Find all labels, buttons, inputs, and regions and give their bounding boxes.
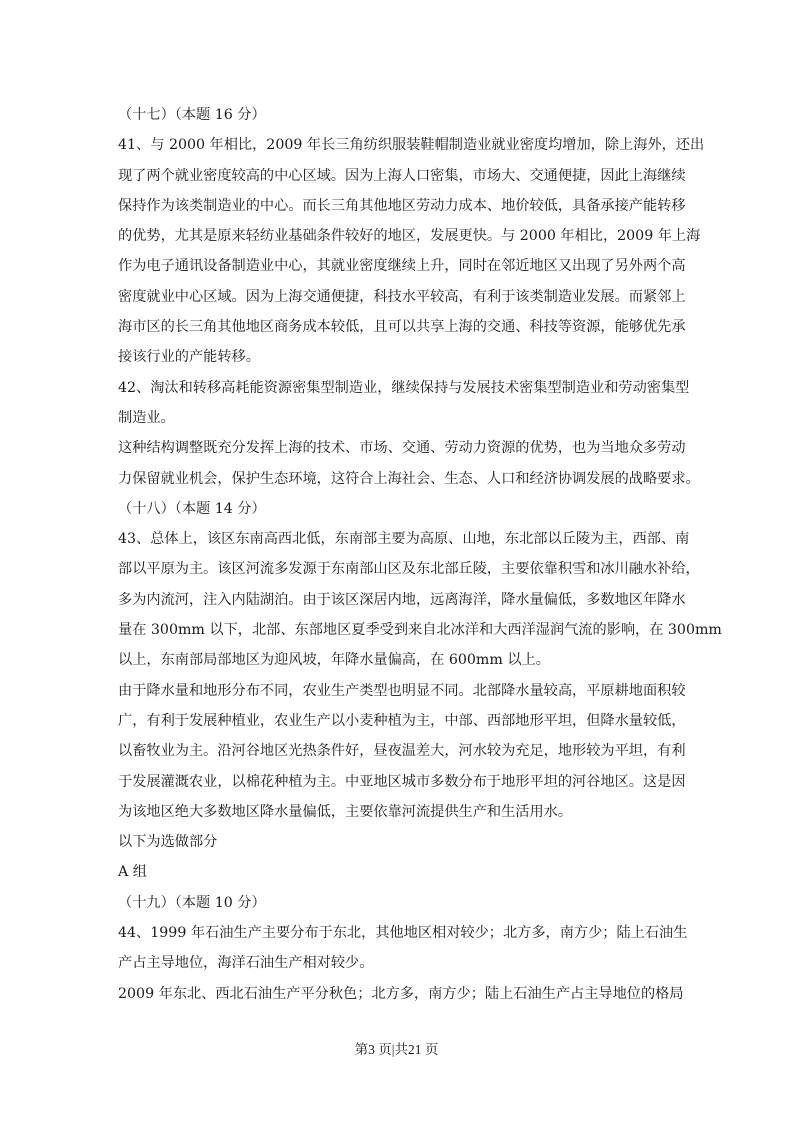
optional-section-label: 以下为选做部分 xyxy=(118,827,678,857)
text-line: 力保留就业机会，保护生态环境，这符合上海社会、生态、人口和经济协调发展的战略要求… xyxy=(118,464,678,494)
answer-44-2009: 2009 年东北、西北石油生产平分秋色；北方多，南方少；陆上石油生产占主导地位的… xyxy=(118,979,678,1009)
answer-42-explanation: 这种结构调整既充分发挥上海的技术、市场、交通、劳动力资源的优势，也为当地众多劳动… xyxy=(118,433,678,494)
text-line: 密度就业中心区域。因为上海交通便捷，科技水平较高，有利于该类制造业发展。而紧邻上 xyxy=(118,282,678,312)
text-line: 于发展灌溉农业，以棉花种植为主。中亚地区城市多数分布于地形平坦的河谷地区。这是因 xyxy=(118,767,678,797)
answer-42: 42、淘汰和转移高耗能资源密集型制造业，继续保持与发展技术密集型制造业和劳动密集… xyxy=(118,373,678,434)
section-heading-17: （十七）（本题 16 分） xyxy=(118,100,678,130)
text-line: 广，有利于发展种植业，农业生产以小麦种植为主，中部、西部地形平坦，但降水量较低， xyxy=(118,706,678,736)
text-line: 43、总体上，该区东南高西北低，东南部主要为高原、山地，东北部以丘陵为主，西部、… xyxy=(118,524,678,554)
text-line: 这种结构调整既充分发挥上海的技术、市场、交通、劳动力资源的优势，也为当地众多劳动 xyxy=(118,433,678,463)
answer-44: 44、1999 年石油生产主要分布于东北，其他地区相对较少；北方多，南方少；陆上… xyxy=(118,918,678,979)
text-line: 以畜牧业为主。沿河谷地区光热条件好，昼夜温差大，河水较为充足，地形较为平坦，有利 xyxy=(118,736,678,766)
text-line: 由于降水量和地形分布不同，农业生产类型也明显不同。北部降水量较高，平原耕地面积较 xyxy=(118,676,678,706)
text-line: 海市区的长三角其他地区商务成本较低，且可以共享上海的交通、科技等资源，能够优先承 xyxy=(118,312,678,342)
text-line: 的优势，尤其是原来轻纺业基础条件较好的地区，发展更快。与 2000 年相比，20… xyxy=(118,221,678,251)
text-line: 44、1999 年石油生产主要分布于东北，其他地区相对较少；北方多，南方少；陆上… xyxy=(118,918,678,948)
text-line: 保持作为该类制造业的中心。而长三角其他地区劳动力成本、地价较低，具备承接产能转移 xyxy=(118,191,678,221)
answer-41: 41、与 2000 年相比，2009 年长三角纺织服装鞋帽制造业就业密度均增加，… xyxy=(118,130,678,372)
section-heading-18: （十八）（本题 14 分） xyxy=(118,494,678,524)
text-line: 作为电子通讯设备制造业中心，其就业密度继续上升，同时在邻近地区又出现了另外两个高 xyxy=(118,251,678,281)
group-a-label: A 组 xyxy=(118,857,678,887)
section-heading-19: （十九）（本题 10 分） xyxy=(118,888,678,918)
text-line: 产占主导地位，海洋石油生产相对较少。 xyxy=(118,948,678,978)
document-page: （十七）（本题 16 分） 41、与 2000 年相比，2009 年长三角纺织服… xyxy=(118,100,678,1009)
page-footer: 第3 页|共21 页 xyxy=(0,1038,793,1058)
text-line: 41、与 2000 年相比，2009 年长三角纺织服装鞋帽制造业就业密度均增加，… xyxy=(118,130,678,160)
text-line: 接该行业的产能转移。 xyxy=(118,342,678,372)
text-line: 现了两个就业密度较高的中心区域。因为上海人口密集，市场大、交通便捷，因此上海继续 xyxy=(118,161,678,191)
text-line: 以上，东南部局部地区为迎风坡，年降水量偏高，在 600mm 以上。 xyxy=(118,645,678,675)
answer-43-agriculture: 由于降水量和地形分布不同，农业生产类型也明显不同。北部降水量较高，平原耕地面积较… xyxy=(118,676,678,827)
text-line: 多为内流河，注入内陆湖泊。由于该区深居内地，远离海洋，降水量偏低，多数地区年降水 xyxy=(118,585,678,615)
text-line: 量在 300mm 以下，北部、东部地区夏季受到来自北冰洋和大西洋湿润气流的影响，… xyxy=(118,615,678,645)
text-line: 部以平原为主。该区河流多发源于东南部山区及东北部丘陵，主要依靠积雪和冰川融水补给… xyxy=(118,554,678,584)
text-line: 2009 年东北、西北石油生产平分秋色；北方多，南方少；陆上石油生产占主导地位的… xyxy=(118,979,678,1009)
text-line: 制造业。 xyxy=(118,403,678,433)
text-line: 42、淘汰和转移高耗能资源密集型制造业，继续保持与发展技术密集型制造业和劳动密集… xyxy=(118,373,678,403)
text-line: 为该地区绝大多数地区降水量偏低，主要依靠河流提供生产和生活用水。 xyxy=(118,797,678,827)
answer-43: 43、总体上，该区东南高西北低，东南部主要为高原、山地，东北部以丘陵为主，西部、… xyxy=(118,524,678,675)
